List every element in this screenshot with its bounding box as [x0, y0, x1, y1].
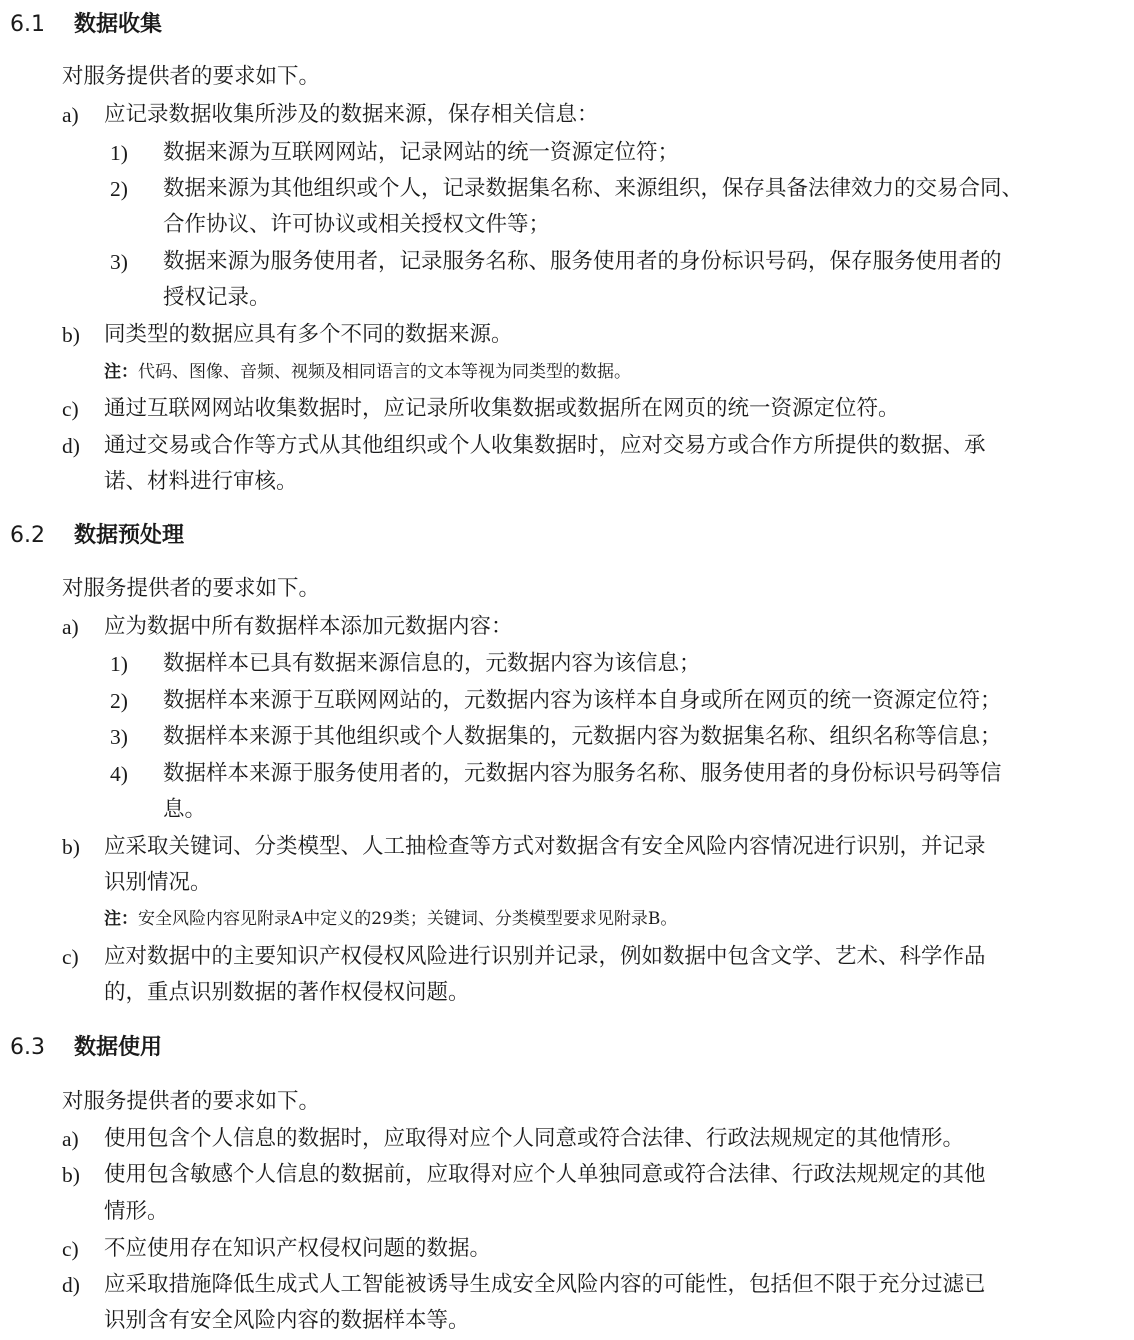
item-marker: b): [62, 1160, 80, 1190]
subitem-marker: 1): [110, 649, 128, 679]
subitem-text: 数据样本来源于其他组织或个人数据集的，元数据内容为数据集名称、组织名称等信息；: [163, 722, 1002, 752]
item-text: 应为数据中所有数据样本添加元数据内容：: [104, 612, 513, 642]
item-marker: d): [62, 431, 80, 461]
section-intro: 对服务提供者的要求如下。: [62, 62, 320, 92]
section-heading-6-2: 6.2数据预处理: [10, 521, 184, 551]
item-marker: a): [62, 612, 79, 642]
item-text: 应对数据中的主要知识产权侵权风险进行识别并记录，例如数据中包含文学、艺术、科学作…: [104, 942, 986, 972]
item-text: 同类型的数据应具有多个不同的数据来源。: [104, 320, 513, 350]
item-text-cont: 的，重点识别数据的著作权侵权问题。: [104, 978, 470, 1008]
item-marker: b): [62, 832, 80, 862]
subitem-marker: 1): [110, 138, 128, 168]
section-number: 6.2: [10, 521, 74, 551]
section-heading-6-3: 6.3数据使用: [10, 1033, 162, 1063]
subitem-text-cont: 合作协议、许可协议或相关授权文件等；: [163, 210, 550, 240]
item-text: 应采取关键词、分类模型、人工抽检查等方式对数据含有安全风险内容情况进行识别，并记…: [104, 832, 986, 862]
item-text: 通过互联网网站收集数据时，应记录所收集数据或数据所在网页的统一资源定位符。: [104, 394, 900, 424]
subitem-marker: 2): [110, 686, 128, 716]
section-heading-6-1: 6.1数据收集: [10, 10, 162, 40]
subitem-text-cont: 息。: [163, 795, 206, 825]
note-text: 代码、图像、音频、视频及相同语言的文本等视为同类型的数据。: [138, 362, 631, 382]
subitem-text: 数据样本来源于服务使用者的，元数据内容为服务名称、服务使用者的身份标识号码等信: [163, 759, 1002, 789]
item-text: 应记录数据收集所涉及的数据来源，保存相关信息：: [104, 100, 599, 130]
item-text-cont: 识别情况。: [104, 868, 212, 898]
item-marker: a): [62, 1124, 79, 1154]
subitem-text: 数据来源为互联网网站，记录网站的统一资源定位符；: [163, 138, 679, 168]
item-text: 应采取措施降低生成式人工智能被诱导生成安全风险内容的可能性，包括但不限于充分过滤…: [104, 1270, 986, 1300]
item-text: 不应使用存在知识产权侵权问题的数据。: [104, 1234, 491, 1264]
item-text-cont: 情形。: [104, 1197, 169, 1227]
item-marker: c): [62, 394, 79, 424]
note: 注：代码、图像、音频、视频及相同语言的文本等视为同类型的数据。: [104, 359, 631, 385]
subitem-marker: 3): [110, 247, 128, 277]
subitem-marker: 3): [110, 722, 128, 752]
item-marker: c): [62, 942, 79, 972]
section-title: 数据收集: [74, 12, 162, 37]
note-text: 安全风险内容见附录A中定义的29类；关键词、分类模型要求见附录B。: [138, 909, 677, 929]
section-title: 数据使用: [74, 1035, 162, 1060]
section-intro: 对服务提供者的要求如下。: [62, 1087, 320, 1117]
note-label: 注：: [104, 909, 138, 929]
note-label: 注：: [104, 362, 138, 382]
item-marker: a): [62, 100, 79, 130]
item-text: 使用包含敏感个人信息的数据前，应取得对应个人单独同意或符合法律、行政法规规定的其…: [104, 1160, 986, 1190]
item-marker: c): [62, 1234, 79, 1264]
section-intro: 对服务提供者的要求如下。: [62, 574, 320, 604]
item-text: 通过交易或合作等方式从其他组织或个人收集数据时，应对交易方或合作方所提供的数据、…: [104, 431, 986, 461]
section-number: 6.3: [10, 1033, 74, 1063]
item-text-cont: 诺、材料进行审核。: [104, 467, 298, 497]
subitem-text-cont: 授权记录。: [163, 283, 271, 313]
subitem-marker: 4): [110, 759, 128, 789]
item-marker: b): [62, 320, 80, 350]
subitem-text: 数据样本来源于互联网网站的，元数据内容为该样本自身或所在网页的统一资源定位符；: [163, 686, 1002, 716]
item-text-cont: 识别含有安全风险内容的数据样本等。: [104, 1306, 470, 1336]
subitem-marker: 2): [110, 174, 128, 204]
subitem-text: 数据来源为其他组织或个人，记录数据集名称、来源组织，保存具备法律效力的交易合同、: [163, 174, 1023, 204]
subitem-text: 数据来源为服务使用者，记录服务名称、服务使用者的身份标识号码，保存服务使用者的: [163, 247, 1002, 277]
section-title: 数据预处理: [74, 523, 184, 548]
item-text: 使用包含个人信息的数据时，应取得对应个人同意或符合法律、行政法规规定的其他情形。: [104, 1124, 964, 1154]
note: 注：安全风险内容见附录A中定义的29类；关键词、分类模型要求见附录B。: [104, 906, 677, 932]
subitem-text: 数据样本已具有数据来源信息的，元数据内容为该信息；: [163, 649, 701, 679]
section-number: 6.1: [10, 10, 74, 40]
item-marker: d): [62, 1270, 80, 1300]
